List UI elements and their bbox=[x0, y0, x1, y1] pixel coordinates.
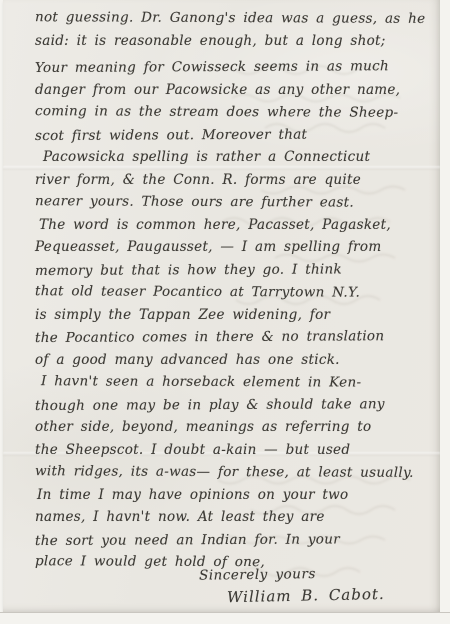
letter-signature: William B. Cabot. bbox=[227, 584, 440, 606]
letter-line: the Pocantico comes in there & no transl… bbox=[35, 325, 424, 350]
letter-line: with ridges, its a-was— for these, at le… bbox=[35, 460, 424, 484]
letter-line: Pequeasset, Paugausset, — I am spelling … bbox=[35, 236, 424, 259]
letter-line: coming in as the stream does where the S… bbox=[35, 100, 424, 124]
letter-line: not guessing. Dr. Ganong's idea was a gu… bbox=[35, 6, 424, 30]
letter-line: river form, & the Conn. R. forms are qui… bbox=[35, 169, 424, 192]
letter-line: Your meaning for Cowisseck seems in as m… bbox=[35, 55, 424, 80]
letter-line: other side, beyond, meanings as referrin… bbox=[35, 416, 424, 439]
letter-line: memory but that is how they go. I think bbox=[35, 257, 424, 282]
letter-line: scot first widens out. Moreover that bbox=[35, 122, 424, 147]
letter-paper: not guessing. Dr. Ganong's idea was a gu… bbox=[3, 0, 440, 612]
letter-closing: Sincerely yours bbox=[199, 564, 440, 583]
letter-line: danger from our Pacowsicke as any other … bbox=[35, 79, 424, 102]
closing-block: Sincerely yours William B. Cabot. bbox=[3, 566, 440, 604]
letter-line: I havn't seen a horseback element in Ken… bbox=[35, 370, 424, 394]
letter-line: of a good many advanced has one stick. bbox=[35, 349, 424, 372]
letter-line: said: it is reasonable enough, but a lon… bbox=[35, 30, 424, 53]
letter-line: In time I may have opinions on your two bbox=[35, 484, 424, 507]
letter-line: Pacowsicka spelling is rather a Connecti… bbox=[35, 146, 424, 169]
letter-line: The word is common here, Pacasset, Pagas… bbox=[35, 214, 424, 237]
letter-line: names, I havn't now. At least they are bbox=[35, 506, 424, 529]
letter-line: nearer yours. Those ours are further eas… bbox=[35, 190, 424, 214]
scanned-letter-page: not guessing. Dr. Ganong's idea was a gu… bbox=[0, 0, 450, 624]
letter-body: not guessing. Dr. Ganong's idea was a gu… bbox=[35, 7, 424, 574]
scanner-background-bottom bbox=[0, 612, 450, 624]
letter-line: the sort you need an Indian for. In your bbox=[35, 527, 424, 552]
scanner-background-right bbox=[440, 0, 450, 624]
letter-line: though one may be in play & should take … bbox=[35, 392, 424, 417]
letter-line: that old teaser Pocantico at Tarrytown N… bbox=[35, 280, 424, 304]
letter-line: the Sheepscot. I doubt a-kain — but used bbox=[35, 439, 424, 462]
letter-line: is simply the Tappan Zee widening, for bbox=[35, 304, 424, 327]
